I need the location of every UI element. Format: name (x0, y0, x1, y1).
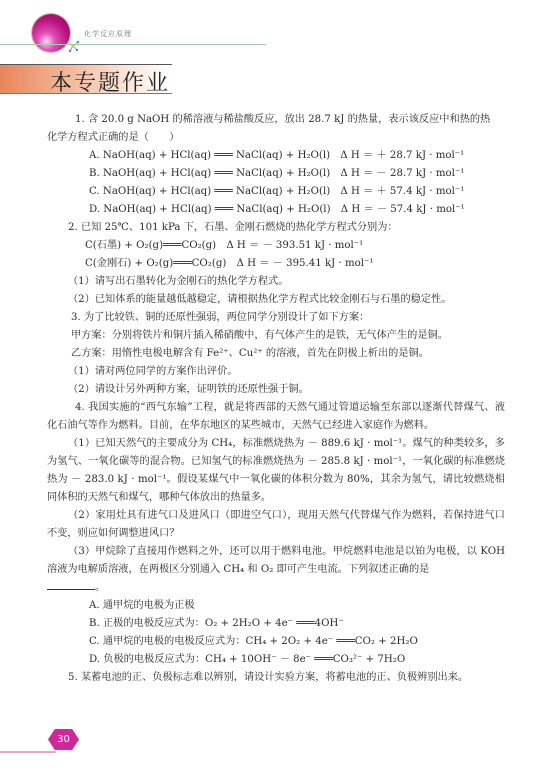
q2-sub1: （1）请写出石墨转化为金刚石的热化学方程式。 (47, 273, 505, 291)
q4-sub3: （3）甲烷除了直接用作燃料之外，还可以用于燃料电池。甲烷燃料电池是以铂为电极，以… (47, 543, 505, 579)
q1-stem-cont: 化学方程式正确的是（ ） (47, 129, 505, 147)
q4-option-a: A. 通甲烷的电极为正极 (47, 597, 505, 615)
answer-blank[interactable] (47, 579, 95, 590)
q4-option-b: B. 正极的电极反应式为：O₂ + 2H₂O + 4e⁻ ═══4OH⁻ (47, 615, 505, 633)
section-title-banner: 本专题作业 (0, 64, 172, 94)
q1-option-a: A. NaOH(aq) + HCl(aq) ═══ NaCl(aq) + H₂O… (47, 147, 505, 165)
q2-equation-diamond: C(金刚石) + O₂(g)═══CO₂(g) Δ H ＝ － 395.41 k… (47, 255, 505, 273)
molecule-icon (66, 40, 80, 52)
q4-stem: 4. 我国实施的“西气东输”工程，就是将西部的天然气通过管道运输至东部以逐渐代替… (47, 399, 505, 435)
q4-option-d: D. 负极的电极反应式为：CH₄ + 10OH⁻ － 8e⁻ ═══CO₃²⁻ … (47, 651, 505, 669)
q4-sub3-end: 。 (95, 582, 105, 593)
q2-stem: 2. 已知 25℃、101 kPa 下，石墨、金刚石燃烧的热化学方程式分别为： (47, 219, 505, 237)
q2-equation-graphite: C(石墨) + O₂(g)═══CO₂(g) Δ H ＝ － 393.51 kJ… (47, 237, 505, 255)
q3-sub1: （1）请对两位同学的方案作出评价。 (47, 363, 505, 381)
q3-plan-b: 乙方案：用惰性电极电解含有 Fe²⁺、Cu²⁺ 的溶液，首先在阴极上析出的是铜。 (47, 345, 505, 363)
q3-stem: 3. 为了比较铁、铜的还原性强弱，两位同学分别设计了如下方案： (47, 309, 505, 327)
q4-option-c: C. 通甲烷的电极的电极反应式为：CH₄ + 2O₂ + 4e⁻ ═══CO₂ … (47, 633, 505, 651)
q3-plan-a: 甲方案：分别将铁片和铜片插入稀硝酸中，有气体产生的是铁，无气体产生的是铜。 (47, 327, 505, 345)
q2-sub2: （2）已知体系的能量越低越稳定，请根据热化学方程式比较金刚石与石墨的稳定性。 (47, 291, 505, 309)
footer-rule (0, 751, 56, 753)
q1-option-d: D. NaOH(aq) + HCl(aq) ═══ NaCl(aq) + H₂O… (47, 201, 505, 219)
exercise-content: 1. 含 20.0 g NaOH 的稀溶液与稀盐酸反应，放出 28.7 kJ 的… (47, 111, 505, 687)
q1-option-c: C. NaOH(aq) + HCl(aq) ═══ NaCl(aq) + H₂O… (47, 183, 505, 201)
header-ball-decoration (32, 14, 70, 52)
q3-sub2: （2）请设计另外两种方案，证明铁的还原性强于铜。 (47, 381, 505, 399)
page-number-badge: 30 (48, 729, 79, 750)
section-title: 本专题作业 (50, 66, 170, 97)
q5-stem: 5. 某蓄电池的正、负极标志难以辨别，请设计实验方案，将蓄电池的正、负极辨别出来… (47, 669, 505, 687)
q4-sub2: （2）家用灶具有进气口及进风口（即进空气口），现用天然气代替煤气作为燃料，若保持… (47, 507, 505, 543)
header-rule (0, 44, 266, 45)
q1-stem: 1. 含 20.0 g NaOH 的稀溶液与稀盐酸反应，放出 28.7 kJ 的… (47, 111, 505, 129)
running-title: 化学反应原理 (84, 29, 132, 39)
q1-option-b: B. NaOH(aq) + HCl(aq) ═══ NaCl(aq) + H₂O… (47, 165, 505, 183)
q4-sub1: （1）已知天然气的主要成分为 CH₄，标准燃烧热为 － 889.6 kJ · m… (47, 435, 505, 507)
q4-answer-line: 。 (47, 579, 505, 597)
